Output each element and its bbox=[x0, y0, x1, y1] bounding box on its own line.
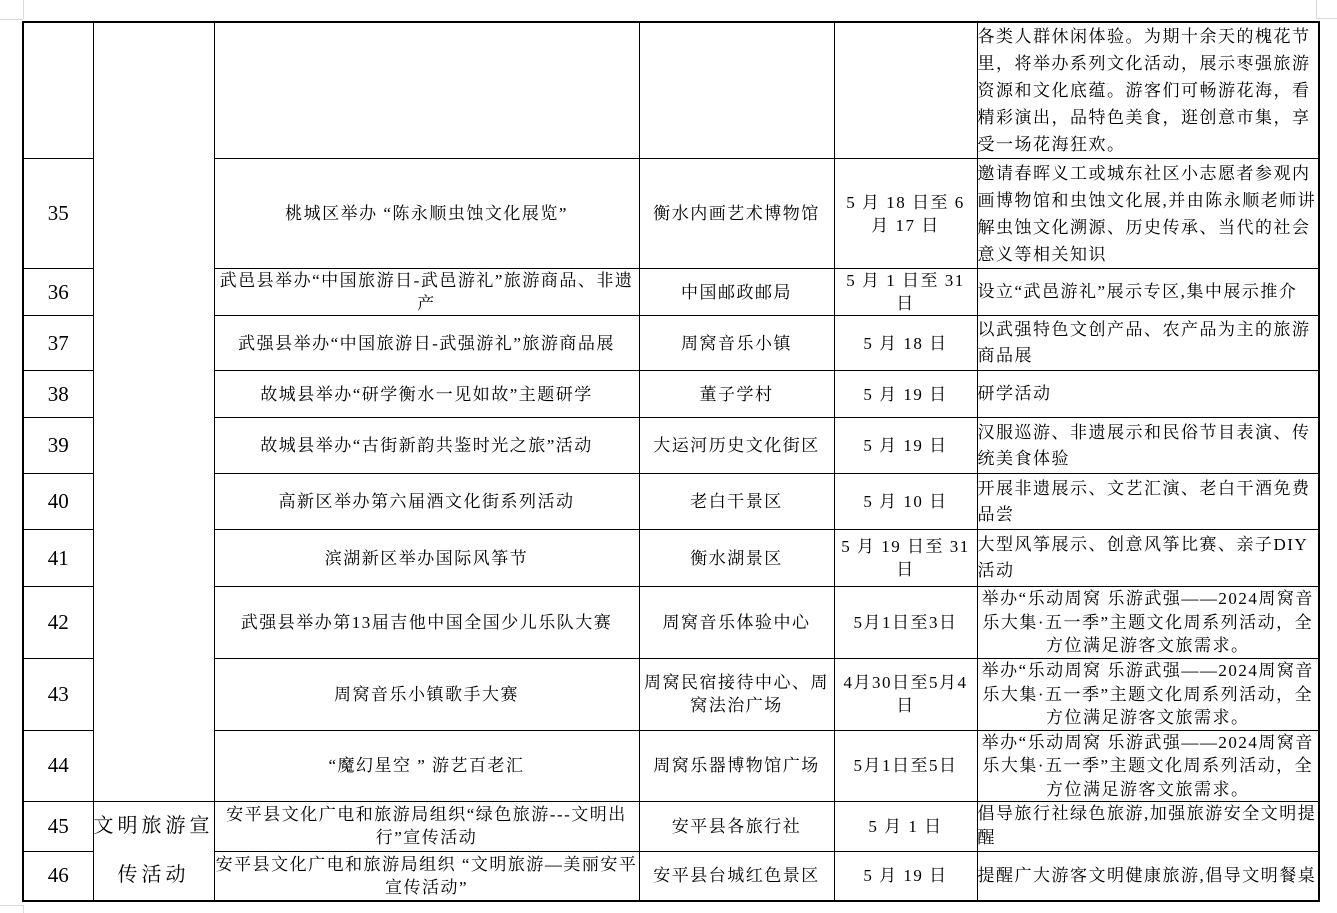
gridline-bottom-left-vertical bbox=[23, 905, 24, 913]
description-cell: 各类人群休闲体验。为期十余天的槐花节里，将举办系列文化活动，展示枣强旅游资源和文… bbox=[977, 22, 1319, 159]
description-cell: 倡导旅行社绿色旅游,加强旅游安全文明提醒 bbox=[977, 802, 1319, 852]
activity-cell: 故城县举办“研学衡水一见如故”主题研学 bbox=[214, 371, 639, 418]
activities-table: 各类人群休闲体验。为期十余天的槐花节里，将举办系列文化活动，展示枣强旅游资源和文… bbox=[22, 21, 1320, 902]
activity-cell: 武强县举办第13届吉他中国全国少儿乐队大赛 bbox=[214, 587, 639, 659]
table-row: 各类人群休闲体验。为期十余天的槐花节里，将举办系列文化活动，展示枣强旅游资源和文… bbox=[23, 22, 1319, 159]
row-number-cell: 46 bbox=[23, 851, 93, 901]
row-number-cell: 40 bbox=[23, 474, 93, 530]
gridline-top-right-vertical bbox=[1316, 0, 1317, 18]
date-cell: 4月30日至5月4日 bbox=[834, 659, 977, 731]
location-cell: 老白干景区 bbox=[639, 474, 834, 530]
table-row: 46安平县文化广电和旅游局组织 “文明旅游—美丽安平宣传活动”安平县台城红色景区… bbox=[23, 851, 1319, 901]
date-cell: 5 月 19 日 bbox=[834, 851, 977, 901]
date-cell: 5 月 18 日 bbox=[834, 316, 977, 371]
description-cell: 提醒广大游客文明健康旅游,倡导文明餐桌 bbox=[977, 851, 1319, 901]
activity-cell: 安平县文化广电和旅游局组织 “文明旅游—美丽安平宣传活动” bbox=[214, 851, 639, 901]
date-cell: 5月1日至5日 bbox=[834, 730, 977, 802]
location-cell: 安平县各旅行社 bbox=[639, 802, 834, 852]
activity-cell: 高新区举办第六届酒文化街系列活动 bbox=[214, 474, 639, 530]
activity-cell bbox=[214, 22, 639, 159]
location-cell bbox=[639, 22, 834, 159]
location-cell: 周窝音乐体验中心 bbox=[639, 587, 834, 659]
row-number-cell: 36 bbox=[23, 269, 93, 316]
description-cell: 开展非遗展示、文艺汇演、老白干酒免费品尝 bbox=[977, 474, 1319, 530]
date-cell: 5月1日至3日 bbox=[834, 587, 977, 659]
location-cell: 衡水内画艺术博物馆 bbox=[639, 159, 834, 269]
gridline-bottom-left-horizontal bbox=[0, 905, 23, 906]
gridline-top-left-vertical bbox=[23, 0, 24, 19]
activity-cell: 桃城区举办 “陈永顺虫蚀文化展览” bbox=[214, 159, 639, 269]
activity-cell: 周窝音乐小镇歌手大赛 bbox=[214, 659, 639, 731]
table-row: 43周窝音乐小镇歌手大赛周窝民宿接待中心、周窝法治广场4月30日至5月4日举办“… bbox=[23, 659, 1319, 731]
activity-cell: 故城县举办“古街新韵共鉴时光之旅”活动 bbox=[214, 418, 639, 474]
row-number-cell: 42 bbox=[23, 587, 93, 659]
table-row: 39故城县举办“古街新韵共鉴时光之旅”活动大运河历史文化街区5 月 19 日汉服… bbox=[23, 418, 1319, 474]
document-page: 各类人群休闲体验。为期十余天的槐花节里，将举办系列文化活动，展示枣强旅游资源和文… bbox=[0, 0, 1337, 913]
activity-cell: “魔幻星空 ” 游艺百老汇 bbox=[214, 730, 639, 802]
row-number-cell: 44 bbox=[23, 730, 93, 802]
date-cell: 5 月 18 日至 6 月 17 日 bbox=[834, 159, 977, 269]
location-cell: 周窝音乐小镇 bbox=[639, 316, 834, 371]
row-number-cell: 37 bbox=[23, 316, 93, 371]
row-number-cell bbox=[23, 22, 93, 159]
location-cell: 周窝民宿接待中心、周窝法治广场 bbox=[639, 659, 834, 731]
table-row: 38故城县举办“研学衡水一见如故”主题研学董子学村5 月 19 日研学活动 bbox=[23, 371, 1319, 418]
date-cell: 5 月 19 日 bbox=[834, 418, 977, 474]
location-cell: 大运河历史文化街区 bbox=[639, 418, 834, 474]
location-cell: 安平县台城红色景区 bbox=[639, 851, 834, 901]
gridline-top-right-horizontal bbox=[1316, 18, 1337, 19]
table-row: 35桃城区举办 “陈永顺虫蚀文化展览”衡水内画艺术博物馆5 月 18 日至 6 … bbox=[23, 159, 1319, 269]
location-cell: 董子学村 bbox=[639, 371, 834, 418]
date-cell: 5 月 19 日至 31 日 bbox=[834, 530, 977, 587]
description-cell: 举办“乐动周窝 乐游武强——2024周窝音乐大集·五一季”主题文化周系列活动，全… bbox=[977, 659, 1319, 731]
date-cell: 5 月 10 日 bbox=[834, 474, 977, 530]
activity-cell: 武邑县举办“中国旅游日-武邑游礼”旅游商品、非遗产 bbox=[214, 269, 639, 316]
description-cell: 研学活动 bbox=[977, 371, 1319, 418]
description-cell: 设立“武邑游礼”展示专区,集中展示推介 bbox=[977, 269, 1319, 316]
date-cell: 5 月 1 日至 31 日 bbox=[834, 269, 977, 316]
description-cell: 举办“乐动周窝 乐游武强——2024周窝音乐大集·五一季”主题文化周系列活动，全… bbox=[977, 730, 1319, 802]
table-row: 41滨湖新区举办国际风筝节衡水湖景区5 月 19 日至 31 日大型风筝展示、创… bbox=[23, 530, 1319, 587]
description-cell: 以武强特色文创产品、农产品为主的旅游商品展 bbox=[977, 316, 1319, 371]
description-cell: 大型风筝展示、创意风筝比赛、亲子DIY活动 bbox=[977, 530, 1319, 587]
date-cell: 5 月 19 日 bbox=[834, 371, 977, 418]
location-cell: 周窝乐器博物馆广场 bbox=[639, 730, 834, 802]
table-row: 37武强县举办“中国旅游日-武强游礼”旅游商品展周窝音乐小镇5 月 18 日以武… bbox=[23, 316, 1319, 371]
activity-cell: 滨湖新区举办国际风筝节 bbox=[214, 530, 639, 587]
row-number-cell: 41 bbox=[23, 530, 93, 587]
location-cell: 衡水湖景区 bbox=[639, 530, 834, 587]
description-cell: 邀请春晖义工或城东社区小志愿者参观内画博物馆和虫蚀文化展,并由陈永顺老师讲解虫蚀… bbox=[977, 159, 1319, 269]
description-cell: 汉服巡游、非遗展示和民俗节目表演、传统美食体验 bbox=[977, 418, 1319, 474]
date-cell: 5 月 1 日 bbox=[834, 802, 977, 852]
category-cell: 文明旅游宣传活动 bbox=[93, 802, 214, 902]
row-number-cell: 43 bbox=[23, 659, 93, 731]
table-row: 42武强县举办第13届吉他中国全国少儿乐队大赛周窝音乐体验中心5月1日至3日举办… bbox=[23, 587, 1319, 659]
activity-cell: 安平县文化广电和旅游局组织“绿色旅游---文明出行”宣传活动 bbox=[214, 802, 639, 852]
date-cell bbox=[834, 22, 977, 159]
row-number-cell: 38 bbox=[23, 371, 93, 418]
table-row: 40高新区举办第六届酒文化街系列活动老白干景区5 月 10 日开展非遗展示、文艺… bbox=[23, 474, 1319, 530]
description-cell: 举办“乐动周窝 乐游武强——2024周窝音乐大集·五一季”主题文化周系列活动，全… bbox=[977, 587, 1319, 659]
table-row: 45文明旅游宣传活动安平县文化广电和旅游局组织“绿色旅游---文明出行”宣传活动… bbox=[23, 802, 1319, 852]
location-cell: 中国邮政邮局 bbox=[639, 269, 834, 316]
row-number-cell: 39 bbox=[23, 418, 93, 474]
row-number-cell: 45 bbox=[23, 802, 93, 852]
activity-cell: 武强县举办“中国旅游日-武强游礼”旅游商品展 bbox=[214, 316, 639, 371]
table-row: 36武邑县举办“中国旅游日-武邑游礼”旅游商品、非遗产中国邮政邮局5 月 1 日… bbox=[23, 269, 1319, 316]
row-number-cell: 35 bbox=[23, 159, 93, 269]
gridline-top-left-horizontal bbox=[0, 19, 23, 20]
table-row: 44“魔幻星空 ” 游艺百老汇周窝乐器博物馆广场5月1日至5日举办“乐动周窝 乐… bbox=[23, 730, 1319, 802]
category-merged-empty-cell bbox=[93, 22, 214, 802]
